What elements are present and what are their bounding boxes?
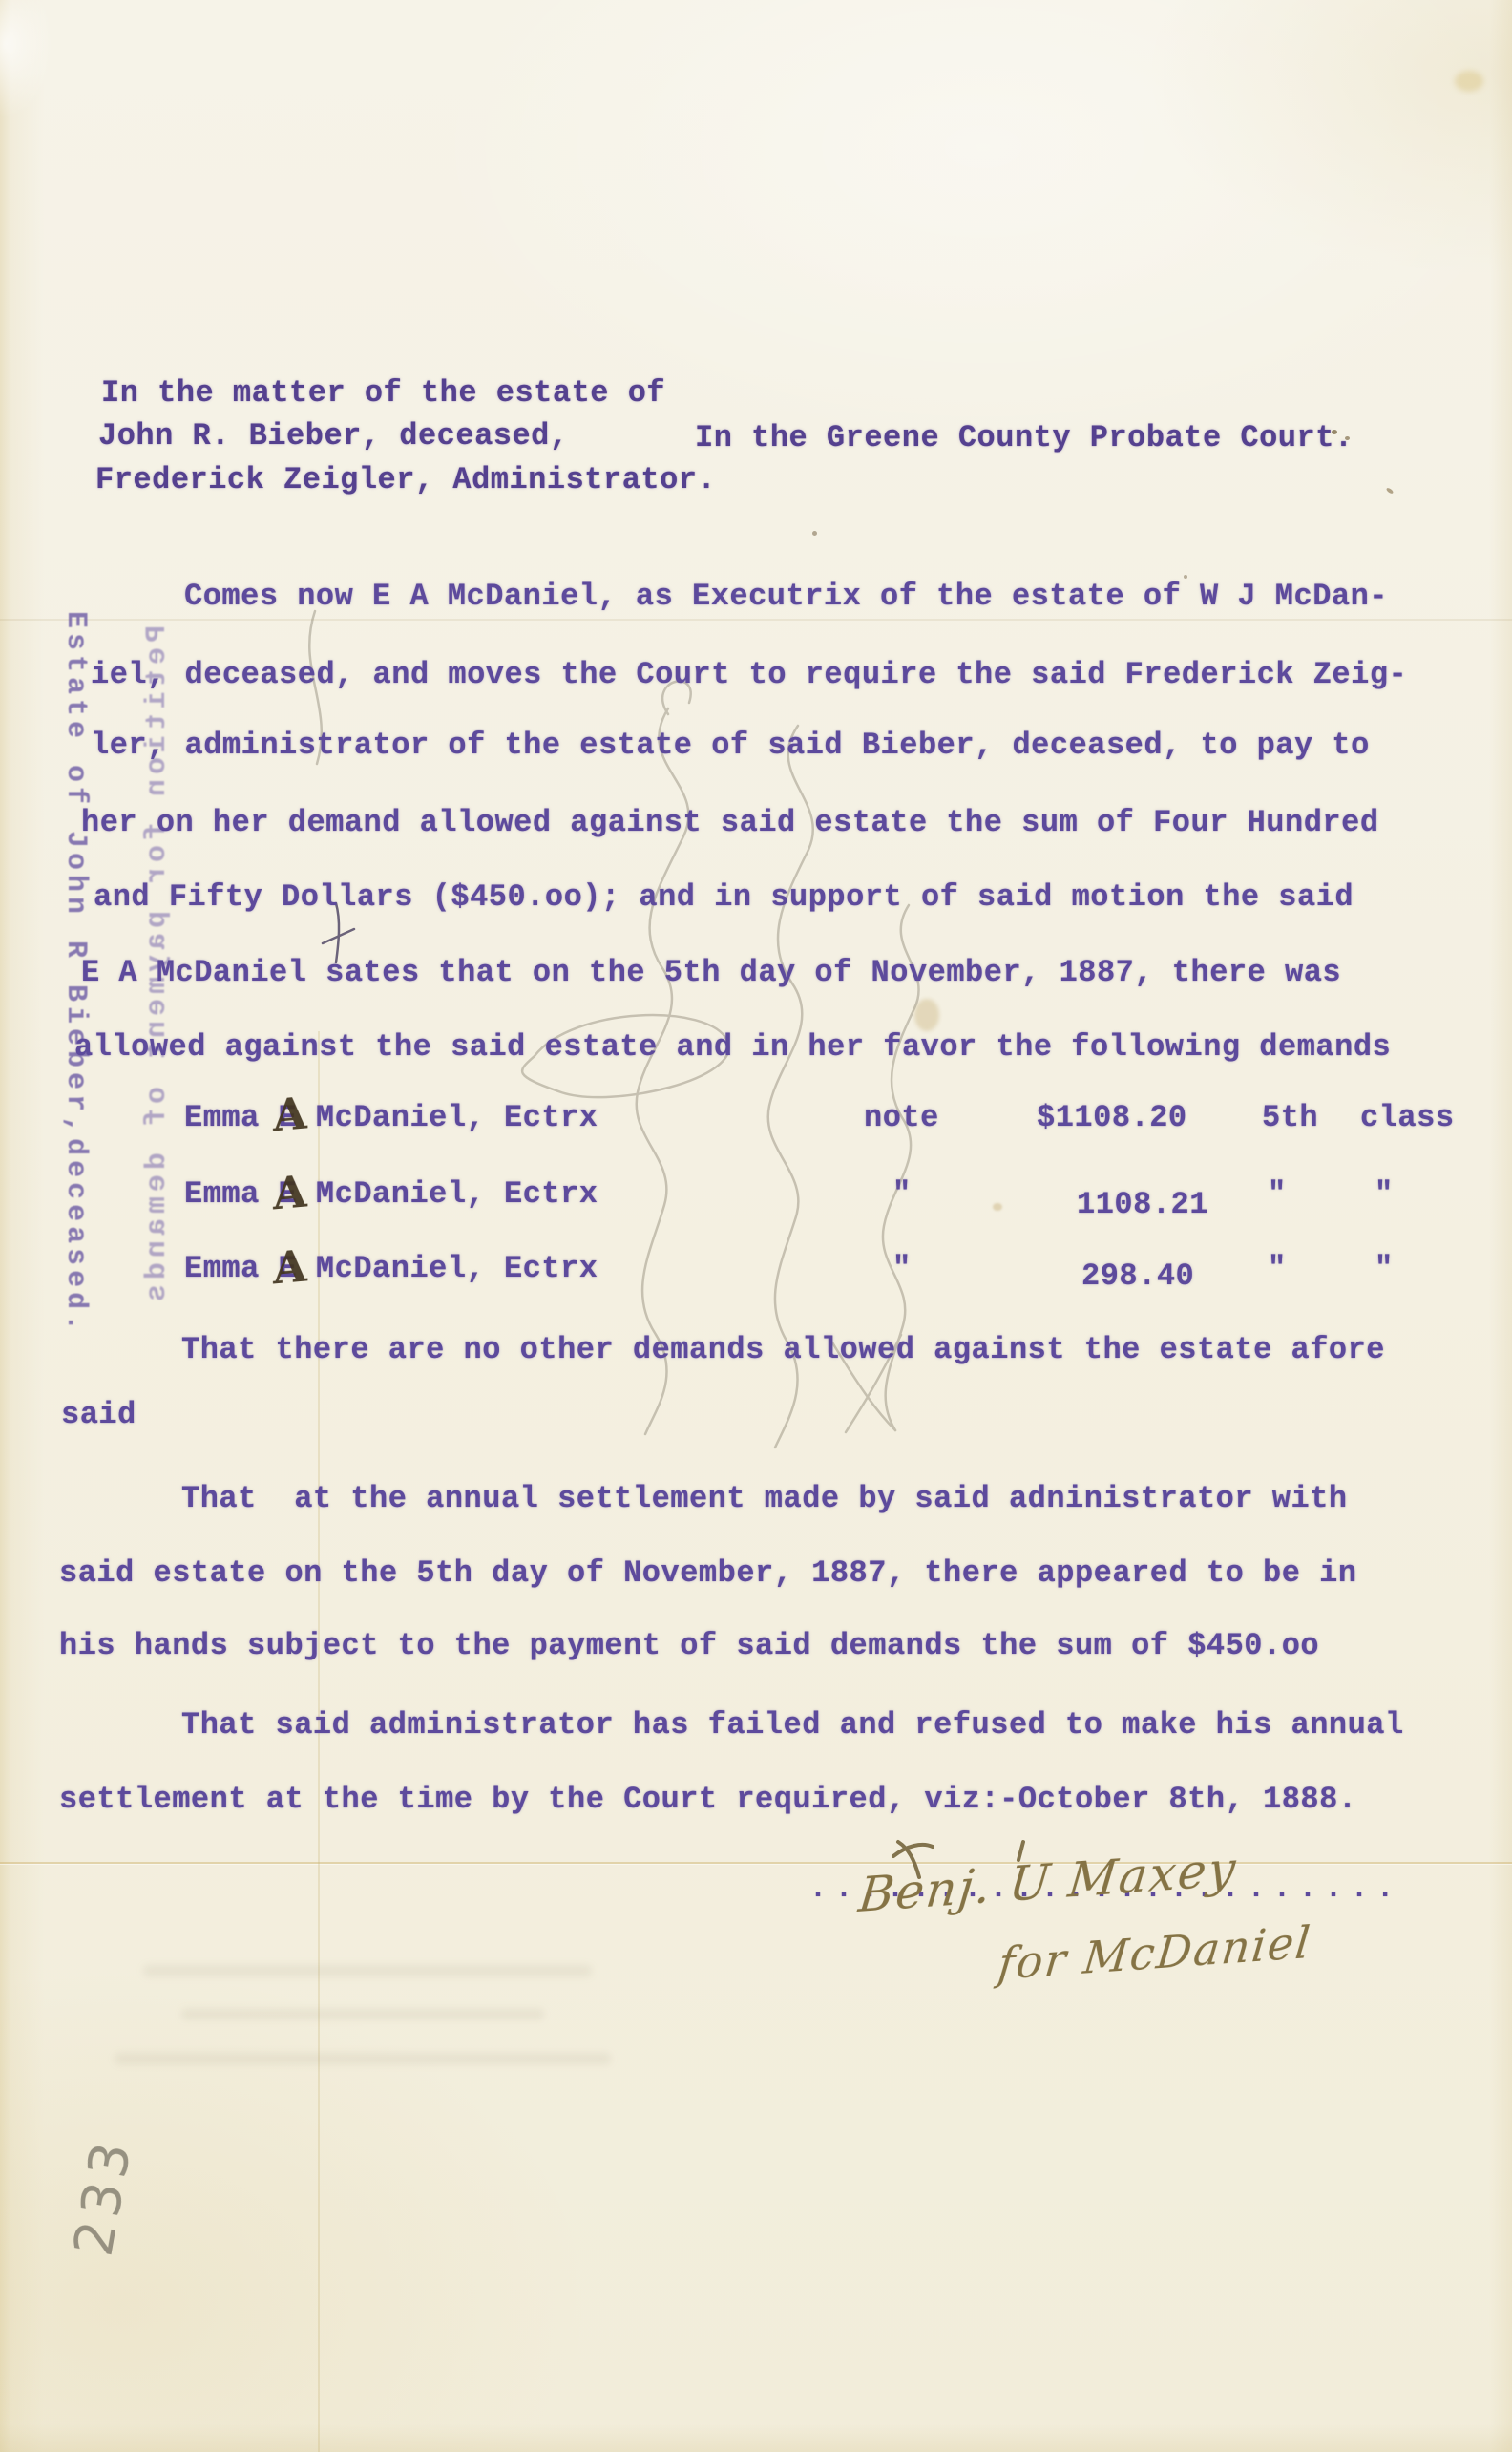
demand-row-kind: "	[892, 1176, 912, 1212]
demand-row-kind: "	[892, 1251, 912, 1286]
pencil-squiggles	[0, 0, 1512, 2452]
demand-row-class: "	[1268, 1251, 1287, 1286]
paragraph1-line: ler, administrator of the estate of said…	[91, 728, 1370, 763]
paragraph3-line: That at the annual settlement made by sa…	[181, 1481, 1348, 1516]
paragraph1-line: iel, deceased, and moves the Court to re…	[91, 657, 1407, 692]
paragraph4-line: That said administrator has failed and r…	[181, 1707, 1404, 1743]
paragraph1-line: E A McDaniel sates that on the 5th day o…	[81, 955, 1341, 990]
paragraph3-line: his hands subject to the payment of said…	[59, 1628, 1319, 1663]
header-line-2-right: In the Greene County Probate Court.	[695, 420, 1354, 455]
handwritten-A-overstrike: A	[273, 1239, 308, 1294]
demand-row-amount: $1108.20	[1037, 1100, 1187, 1135]
demand-row-class: class	[1360, 1100, 1455, 1135]
probate-document-page: Estate of John R Bieber,deceased. Petiti…	[0, 0, 1512, 2452]
header-line-2-left: John R. Bieber, deceased,	[98, 418, 569, 454]
paragraph4-line: settlement at the time by the Court requ…	[59, 1782, 1357, 1817]
demand-row-class: "	[1375, 1176, 1394, 1212]
demand-row-amount: 1108.21	[1077, 1187, 1208, 1222]
demand-row-class: "	[1375, 1251, 1394, 1286]
demand-row-kind: note	[864, 1100, 939, 1135]
demand-row-name: Emma E McDaniel, Ectrx	[184, 1100, 598, 1135]
header-line-3: Frederick Zeigler, Administrator.	[95, 462, 716, 497]
paragraph1-line: Comes now E A McDaniel, as Executrix of …	[184, 579, 1388, 614]
demand-row-name: Emma E McDaniel, Ectrx	[184, 1176, 598, 1212]
handwritten-A-overstrike: A	[273, 1087, 308, 1141]
paragraph1-line: and Fifty Dollars ($450.oo); and in supp…	[94, 879, 1354, 915]
demand-row-name: Emma E McDaniel, Ectrx	[184, 1251, 598, 1286]
header-line-1: In the matter of the estate of	[101, 375, 665, 411]
demand-row-class: 5th	[1262, 1100, 1318, 1135]
handwritten-A-overstrike: A	[273, 1165, 308, 1219]
paragraph1-line: her on her demand allowed against said e…	[81, 805, 1379, 840]
paragraph2-line: said	[61, 1397, 136, 1432]
demand-row-amount: 298.40	[1081, 1258, 1194, 1294]
paragraph2-line: That there are no other demands allowed …	[181, 1332, 1385, 1367]
demand-row-class: "	[1268, 1176, 1287, 1212]
paragraph3-line: said estate on the 5th day of November, …	[59, 1555, 1357, 1591]
paragraph1-line: allowed against the said estate and in h…	[74, 1029, 1391, 1065]
